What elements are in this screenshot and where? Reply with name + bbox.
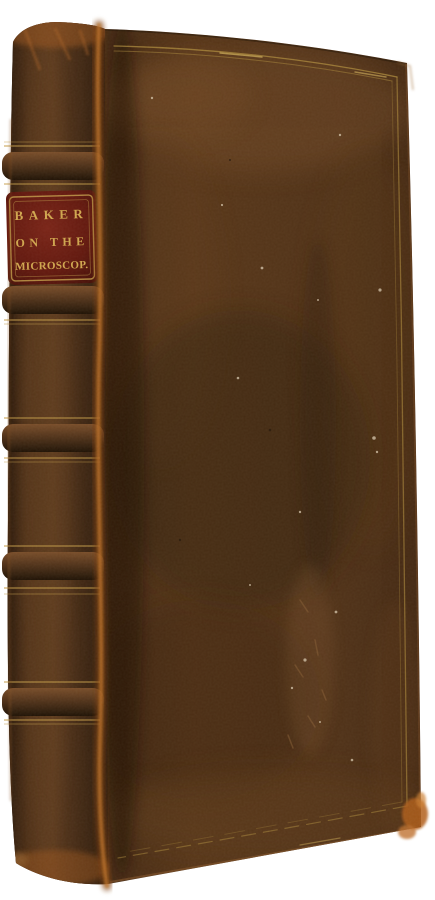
book-photo: BAKER ON THE MICROSCOP. — [0, 0, 435, 900]
leather-grain — [0, 0, 435, 900]
photo-canvas: BAKER ON THE MICROSCOP. — [0, 0, 435, 900]
